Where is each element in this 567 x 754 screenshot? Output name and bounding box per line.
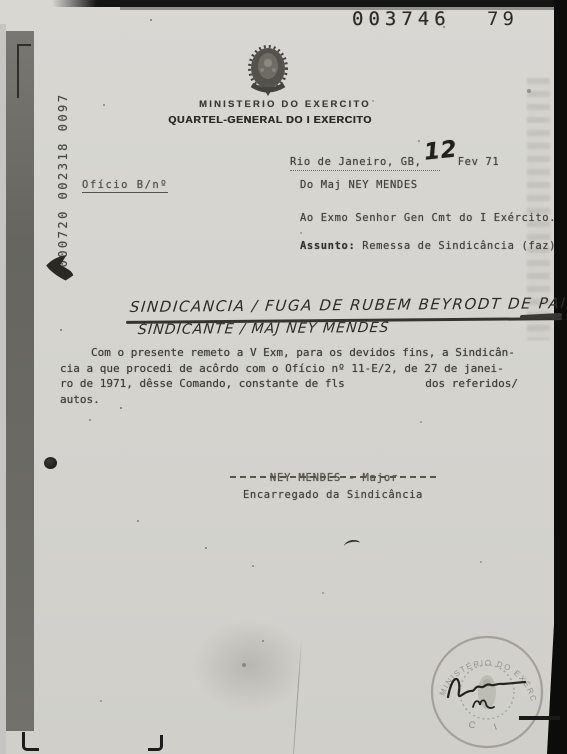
serial-number-stamp: 003746 <box>352 8 451 30</box>
ink-blot-dot <box>44 457 57 469</box>
headquarters-title: QUARTEL-GENERAL DO I EXERCITO <box>105 114 435 126</box>
corner-bracket-bottom-left <box>22 732 39 751</box>
date-suffix-text: Fev 71 <box>458 156 500 168</box>
folio-number-stamp: 79 <box>487 8 518 30</box>
body-line-3: ro de 1971, dêsse Comando, constante de … <box>60 376 518 392</box>
corner-bracket-top-left <box>17 44 31 98</box>
date-place-text: Rio de Janeiro, GB, <box>290 156 440 171</box>
body-line-4: autos. <box>60 392 518 408</box>
scanned-document-page: 003746 79 MINISTERIO DO EXERCITO QUARTEL… <box>0 0 567 754</box>
handwritten-title-line2: SINDICANTE / MAJ NEY MENDES <box>137 320 390 338</box>
body-line-3-left: ro de 1971, dêsse Comando, constante de … <box>60 376 345 392</box>
date-line: Rio de Janeiro, GB,12Fev 71 <box>290 145 499 171</box>
army-crest-emblem <box>245 43 291 97</box>
margin-archive-code: 000720 002318 0097 <box>56 80 72 280</box>
signature-name-line: NEY MENDES - Major <box>232 472 436 484</box>
body-paragraph: Com o presente remeto a V Exm, para os d… <box>60 345 518 407</box>
scan-artifact-line <box>519 716 560 720</box>
body-line-3-right: dos referidos/ <box>425 376 518 392</box>
handwritten-title-line1: SINDICANCIA / FUGA DE RUBEM BEYRODT DE P… <box>129 294 567 316</box>
subject-label: Assunto: <box>300 240 355 252</box>
body-line-2: cia a que procedi de acôrdo com o Ofício… <box>60 361 518 377</box>
corner-bracket-bottom-center <box>148 735 163 751</box>
scan-edge-right-bottom <box>547 624 567 754</box>
handwritten-day: 12 <box>422 136 458 165</box>
from-line: Do Maj NEY MENDES <box>300 179 418 191</box>
oficio-reference: Ofício B/nº <box>82 179 168 193</box>
ink-blot-arrow <box>44 252 79 283</box>
scan-edge-top <box>52 0 567 7</box>
scan-edge-left-band <box>6 31 34 731</box>
subject-line: Assunto: Remessa de Sindicância (faz) <box>300 240 556 252</box>
body-line-1: Com o presente remeto a V Exm, para os d… <box>60 345 518 361</box>
ministry-title: MINISTERIO DO EXERCITO <box>120 99 450 110</box>
subject-text: Remessa de Sindicância (faz) <box>355 240 556 252</box>
cie-round-stamp: MINISTÉRIO DO EXÉRCITO C I E <box>428 633 546 751</box>
signature-role-line: Encarregado da Sindicância <box>218 489 448 501</box>
paper-smudge <box>192 618 307 713</box>
to-line: Ao Exmo Senhor Gen Cmt do I Exército. <box>300 212 556 224</box>
ink-squiggle-mark <box>344 539 361 550</box>
paper-noise <box>0 0 2 2</box>
